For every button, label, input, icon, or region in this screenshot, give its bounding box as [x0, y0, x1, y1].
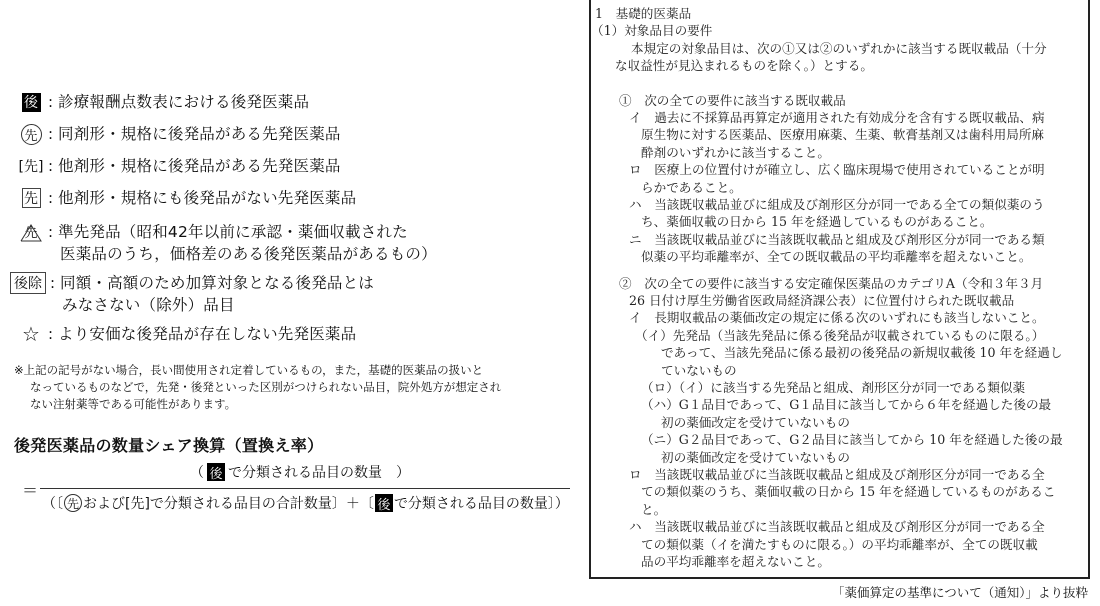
generic-excluded-box-icon: 後除 [10, 272, 46, 294]
excerpt-line: らかであること。 [641, 179, 742, 197]
excerpt-line: と。 [641, 501, 666, 519]
excerpt-line: ① 次の全ての要件に該当する既収載品 [619, 92, 846, 110]
generic-black-box-icon: 後 [22, 93, 41, 112]
excerpt-line: ての類似薬（イを満たすものに限る。）の平均乖離率が、全ての既収載 [641, 536, 1038, 554]
legend-item-quasi-brand: 先 : 準先発品（昭和42年以前に承認・薬価収載された 医薬品のうち，価格差のあ… [14, 221, 437, 265]
fraction-line [40, 488, 570, 489]
excerpt-line: イ 長期収載品の薬価改定の規定に係る次のいずれにも該当しないこと。 [629, 309, 1045, 327]
excerpt-line: ニ 当該既収載品並びに当該既収載品と組成及び剤形区分が同一である類 [629, 231, 1045, 249]
legend-footnote: ※上記の記号がない場合，長い間使用され定着しているもの，また，基礎的医薬品の扱い… [14, 362, 574, 413]
excerpt-line: ち、薬価収載の日から 15 年を経過しているものがあること。 [641, 213, 992, 231]
legend-item-generic: 後 : 診療報酬点数表における後発医薬品 [14, 91, 309, 113]
excerpt-line: イ 過去に不採算品再算定が適用された有効成分を含有する既収載品、病 [629, 109, 1045, 127]
legend-item-generic-excluded: 後除 : 同額・高額のため加算対象となる後発品とは みなさない（除外）品目 [14, 272, 374, 316]
excerpt-line: 初の薬価改定を受けていないもの [661, 414, 850, 432]
excerpt-line: ていないもの [661, 362, 737, 380]
excerpt-line: 26 日付け厚生労働省医政局経済課公表）に位置付けられた既収載品 [629, 292, 1014, 310]
legend-desc: 他剤形・規格に後発品がある先発医薬品 [58, 155, 341, 177]
legend-item-brand-same-form: 先 : 同剤形・規格に後発品がある先発医薬品 [14, 123, 341, 145]
excerpt-line: ハ 当該既収載品並びに組成及び剤形区分が同一である全ての類似薬のう [629, 196, 1045, 214]
excerpt-line: 本規定の対象品目は、次の①又は②のいずれかに該当する既収載品（十分 [631, 40, 1047, 58]
brand-bracket-icon: [先] [19, 156, 44, 176]
excerpt-line: （ロ）（イ）に該当する先発品と組成、剤形区分が同一である類似薬 [641, 379, 1025, 397]
excerpt-line: ロ 当該既収載品並びに当該既収載品と組成及び剤形区分が同一である全 [629, 466, 1045, 484]
brand-circle-icon: 先 [21, 124, 42, 145]
excerpt-line: 酔剤のいずれかに該当すること。 [641, 144, 830, 162]
excerpt-line: 品の平均乖離率を超えないこと。 [641, 553, 830, 571]
legend-desc: 準先発品（昭和42年以前に承認・薬価収載された 医薬品のうち，価格差のある後発医… [58, 221, 437, 265]
excerpt-line: （1）対象品目の要件 [591, 22, 712, 40]
generic-black-box-icon: 後 [207, 463, 225, 481]
star-icon: ☆ [22, 323, 40, 345]
brand-circle-icon: 先 [64, 494, 82, 512]
excerpt-line: （イ）先発品（当該先発品に係る後発品が収載されているものに限る。） [635, 327, 1044, 345]
legend-item-star: ☆ : より安価な後発品が存在しない先発医薬品 [14, 323, 356, 345]
excerpt-line: 原生物に対する医薬品、医療用麻薬、生薬、軟膏基剤又は歯科用局所麻 [641, 126, 1044, 144]
excerpt-line: （ニ）G２品目であって、G２品目に該当してから 10 年を経過した後の最 [641, 431, 1063, 449]
excerpt-line: 初の薬価改定を受けていないもの [661, 449, 850, 467]
generic-black-box-icon: 後 [375, 494, 393, 512]
excerpt-line: ハ 当該既収載品並びに当該既収載品と組成及び剤形区分が同一である全 [629, 518, 1045, 536]
formula-denominator: （〔 先 および[先]で分類される品目の合計数量〕＋〔 後 で分類される品目の数… [42, 493, 569, 513]
formula-numerator: （ 後 で分類される品目の数量 ） [190, 462, 410, 482]
excerpt-line: （ハ）G１品目であって、G１品目に該当してから６年を経過した後の最 [641, 396, 1051, 414]
excerpt-line: であって、当該先発品に係る最初の後発品の新規収載後 10 年を経過し [661, 344, 1062, 362]
formula-title: 後発医薬品の数量シェア換算（置換え率） [14, 433, 323, 456]
legend-desc: 同剤形・規格に後発品がある先発医薬品 [58, 123, 341, 145]
quasi-brand-triangle-icon: 先 [19, 222, 43, 242]
excerpt-line: な収益性が見込まれるものを除く。）とする。 [615, 57, 873, 75]
legend-desc: 同額・高額のため加算対象となる後発品とは みなさない（除外）品目 [60, 272, 374, 316]
regulation-excerpt-box: 1 基礎的医薬品（1）対象品目の要件本規定の対象品目は、次の①又は②のいずれかに… [589, 0, 1090, 579]
brand-box-icon: 先 [22, 188, 41, 208]
excerpt-line: 1 基礎的医薬品 [595, 5, 691, 23]
excerpt-line: ロ 医療上の位置付けが確立し、広く臨床現場で使用されていることが明 [629, 161, 1045, 179]
excerpt-line: ての類似薬のうち、薬価収載の日から 15 年を経過しているものがあるこ [641, 483, 1055, 501]
legend-desc: より安価な後発品が存在しない先発医薬品 [58, 323, 356, 345]
equals-sign: ＝ [22, 478, 38, 501]
excerpt-line: ② 次の全ての要件に該当する安定確保医薬品のカテゴリA（令和３年３月 [619, 275, 1043, 293]
excerpt-line: 似薬の平均乖離率が、全ての既収載品の平均乖離率を超えないこと。 [641, 248, 1031, 266]
legend-desc: 診療報酬点数表における後発医薬品 [58, 91, 309, 113]
legend-item-brand-no-generic: 先 : 他剤形・規格にも後発品がない先発医薬品 [14, 187, 356, 209]
legend-item-brand-other-form: [先] : 他剤形・規格に後発品がある先発医薬品 [14, 155, 341, 177]
legend-desc: 他剤形・規格にも後発品がない先発医薬品 [58, 187, 356, 209]
excerpt-source-caption: 「薬価算定の基準について（通知）」より抜粋 [832, 583, 1088, 601]
